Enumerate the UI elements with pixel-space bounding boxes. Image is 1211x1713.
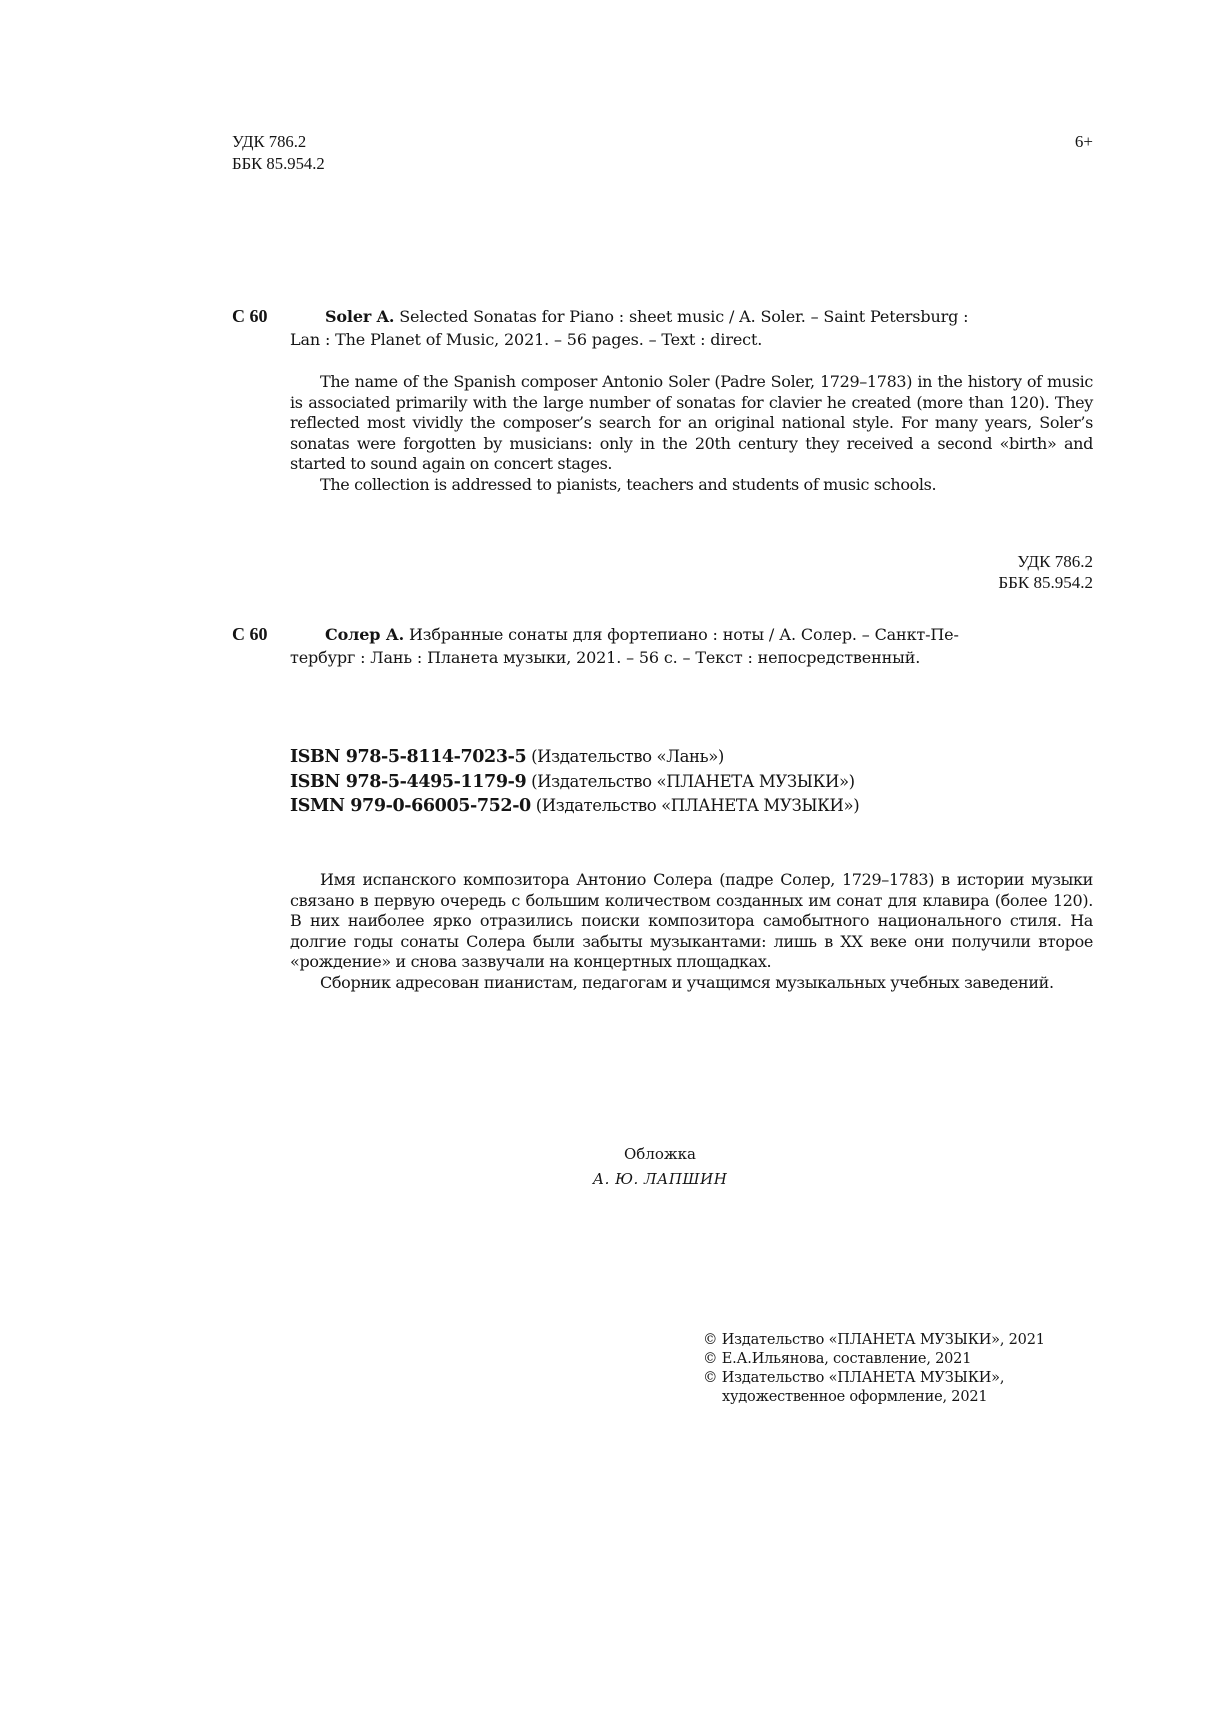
annotation-paragraph: Сборник адресован пианистам, педагогам и… [290,973,1093,994]
udk-code: УДК 786.2 [232,131,325,153]
annotation-paragraph: Имя испанского композитора Антонио Солер… [290,870,1093,973]
bbk-code: ББК 85.954.2 [232,153,325,175]
age-rating: 6+ [1075,131,1093,153]
isbn-number: ISBN 978-5-8114-7023-5 [290,747,526,767]
author-sign-code: С 60 [232,623,268,646]
udk-code: УДК 786.2 [998,551,1093,572]
bibliographic-entry-en: С 60 Soler A. Selected Sonatas for Piano… [232,305,1093,351]
entry-text: Soler A. Selected Sonatas for Piano : sh… [290,305,1093,351]
classification-codes-right: УДК 786.2 ББК 85.954.2 [998,551,1093,593]
copyright-line: © Издательство «ПЛАНЕТА МУЗЫКИ», [703,1369,1045,1388]
entry-title: Selected Sonatas for Piano : sheet music… [394,307,968,326]
classification-codes-top: УДК 786.2 ББК 85.954.2 [232,131,325,175]
bibliographic-entry-ru: С 60 Солер А. Избранные сонаты для форте… [232,623,1093,669]
isbn-line: ISBN 978-5-4495-1179-9 (Издательство «ПЛ… [290,770,859,795]
entry-line-2: тербург : Лань : Планета музыки, 2021. –… [290,646,1093,669]
isbn-number: ISBN 978-5-4495-1179-9 [290,772,526,792]
cover-credit: Обложка А. Ю. ЛАПШИН [560,1142,760,1192]
author-name: Солер А. [325,625,404,644]
bbk-code: ББК 85.954.2 [998,572,1093,593]
annotation-ru: Имя испанского композитора Антонио Солер… [290,870,1093,994]
author-name: Soler A. [325,307,394,326]
isbn-block: ISBN 978-5-8114-7023-5 (Издательство «Ла… [290,745,859,819]
ismn-number: ISMN 979-0-66005-752-0 [290,796,531,816]
ismn-publisher: (Издательство «ПЛАНЕТА МУЗЫКИ») [531,796,859,815]
copyright-line: © Издательство «ПЛАНЕТА МУЗЫКИ», 2021 [703,1331,1045,1350]
isbn-publisher: (Издательство «Лань») [526,747,724,766]
author-sign-code: С 60 [232,305,268,328]
isbn-line: ISBN 978-5-8114-7023-5 (Издательство «Ла… [290,745,859,770]
entry-text: Солер А. Избранные сонаты для фортепиано… [290,623,1093,669]
annotation-en: The name of the Spanish composer Antonio… [290,372,1093,496]
entry-line-1: Soler A. Selected Sonatas for Piano : sh… [290,305,1093,328]
annotation-paragraph: The collection is addressed to pianists,… [290,475,1093,496]
cover-label: Обложка [560,1142,760,1167]
copyright-line: художественное оформление, 2021 [703,1388,1045,1407]
copyright-line: © Е.А.Ильянова, составление, 2021 [703,1350,1045,1369]
annotation-paragraph: The name of the Spanish composer Antonio… [290,372,1093,475]
copyright-block: © Издательство «ПЛАНЕТА МУЗЫКИ», 2021 © … [703,1331,1045,1407]
entry-line-1: Солер А. Избранные сонаты для фортепиано… [290,623,1093,646]
entry-title: Избранные сонаты для фортепиано : ноты /… [404,625,959,644]
cover-designer: А. Ю. ЛАПШИН [560,1167,760,1192]
entry-line-2: Lan : The Planet of Music, 2021. – 56 pa… [290,328,1093,351]
ismn-line: ISMN 979-0-66005-752-0 (Издательство «ПЛ… [290,794,859,819]
isbn-publisher: (Издательство «ПЛАНЕТА МУЗЫКИ») [526,772,854,791]
